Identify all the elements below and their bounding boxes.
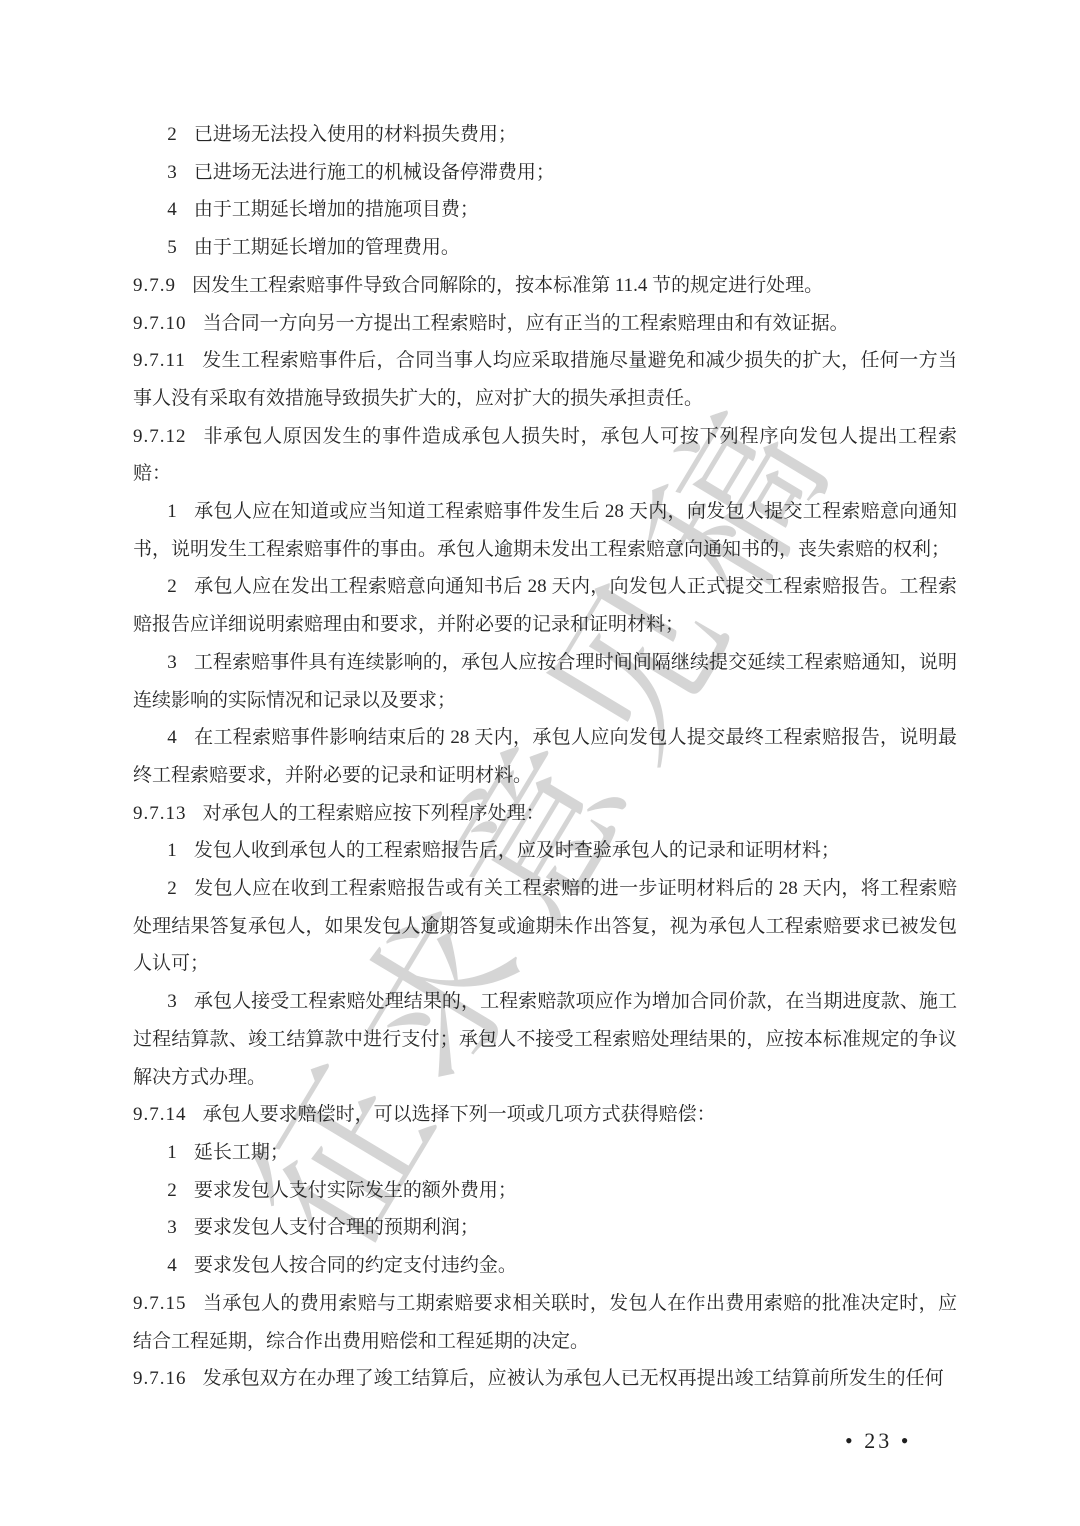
clause-9.7.14: 9.7.14承包人要求赔偿时，可以选择下列一项或几项方式获得赔偿： [133,1096,957,1134]
clause-number: 9.7.9 [133,275,176,296]
item-text: 已进场无法进行施工的机械设备停滞费用； [194,162,555,183]
item-number: 4 [167,199,178,220]
item-text: 承包人接受工程索赔处理结果的，工程索赔款项应作为增加合同价款，在当期进度款、施工… [133,991,957,1087]
item-text: 要求发包人支付实际发生的额外费用； [194,1180,517,1201]
list-item-2: 2已进场无法投入使用的材料损失费用； [133,116,957,154]
clause-9.7.15: 9.7.15当承包人的费用索赔与工期索赔要求相关联时，发包人在作出费用索赔的批准… [133,1285,957,1360]
list-item-1: 1承包人应在知道或应当知道工程索赔事件发生后 28 天内，向发包人提交工程索赔意… [133,493,957,568]
item-number: 3 [167,652,178,673]
item-text: 在工程索赔事件影响结束后的 28 天内，承包人应向发包人提交最终工程索赔报告，说… [133,727,957,786]
list-item-1: 1延长工期； [133,1134,957,1172]
clause-9.7.9: 9.7.9因发生工程索赔事件导致合同解除的，按本标准第 11.4 节的规定进行处… [133,267,957,305]
item-text: 由于工期延长增加的管理费用。 [194,237,460,258]
item-number: 4 [167,1255,178,1276]
clause-number: 9.7.14 [133,1104,187,1125]
document-body: 2已进场无法投入使用的材料损失费用；3已进场无法进行施工的机械设备停滞费用；4由… [133,116,957,1398]
clause-9.7.12: 9.7.12非承包人原因发生的事件造成承包人损失时，承包人可按下列程序向发包人提… [133,418,957,493]
clause-9.7.16: 9.7.16发承包双方在办理了竣工结算后，应被认为承包人已无权再提出竣工结算前所… [133,1360,957,1398]
item-text: 已进场无法投入使用的材料损失费用； [194,124,517,145]
list-item-4: 4要求发包人按合同的约定支付违约金。 [133,1247,957,1285]
list-item-2: 2发包人应在收到工程索赔报告或有关工程索赔的进一步证明材料后的 28 天内，将工… [133,870,957,983]
list-item-4: 4由于工期延长增加的措施项目费； [133,191,957,229]
item-text: 延长工期； [194,1142,289,1163]
item-number: 1 [167,840,178,861]
item-text: 工程索赔事件具有连续影响的，承包人应按合理时间间隔继续提交延续工程索赔通知，说明… [133,652,957,711]
clause-text: 承包人要求赔偿时，可以选择下列一项或几项方式获得赔偿： [203,1104,716,1125]
item-number: 2 [167,878,178,899]
clause-text: 发承包双方在办理了竣工结算后，应被认为承包人已无权再提出竣工结算前所发生的任何 [203,1368,944,1389]
item-text: 承包人应在发出工程索赔意向通知书后 28 天内，向发包人正式提交工程索赔报告。工… [133,576,957,635]
item-text: 发包人应在收到工程索赔报告或有关工程索赔的进一步证明材料后的 28 天内，将工程… [133,878,957,974]
item-number: 1 [167,1142,178,1163]
item-number: 2 [167,576,178,597]
list-item-2: 2承包人应在发出工程索赔意向通知书后 28 天内，向发包人正式提交工程索赔报告。… [133,568,957,643]
list-item-3: 3已进场无法进行施工的机械设备停滞费用； [133,154,957,192]
list-item-3: 3工程索赔事件具有连续影响的，承包人应按合理时间间隔继续提交延续工程索赔通知，说… [133,644,957,719]
item-text: 发包人收到承包人的工程索赔报告后，应及时查验承包人的记录和证明材料； [194,840,840,861]
clause-text: 发生工程索赔事件后，合同当事人均应采取措施尽量避免和减少损失的扩大，任何一方当事… [133,350,957,409]
item-number: 3 [167,991,178,1012]
page-number: • 23 • [845,1428,911,1454]
clause-number: 9.7.11 [133,350,186,371]
item-number: 2 [167,124,178,145]
clause-9.7.11: 9.7.11发生工程索赔事件后，合同当事人均应采取措施尽量避免和减少损失的扩大，… [133,342,957,417]
clause-number: 9.7.10 [133,313,187,334]
item-number: 3 [167,1217,178,1238]
clause-9.7.10: 9.7.10当合同一方向另一方提出工程索赔时，应有正当的工程索赔理由和有效证据。 [133,305,957,343]
list-item-1: 1发包人收到承包人的工程索赔报告后，应及时查验承包人的记录和证明材料； [133,832,957,870]
list-item-3: 3承包人接受工程索赔处理结果的，工程索赔款项应作为增加合同价款，在当期进度款、施… [133,983,957,1096]
list-item-5: 5由于工期延长增加的管理费用。 [133,229,957,267]
clause-text: 非承包人原因发生的事件造成承包人损失时，承包人可按下列程序向发包人提出工程索赔： [133,426,957,485]
clause-text: 当承包人的费用索赔与工期索赔要求相关联时，发包人在作出费用索赔的批准决定时，应结… [133,1293,957,1352]
list-item-4: 4在工程索赔事件影响结束后的 28 天内，承包人应向发包人提交最终工程索赔报告，… [133,719,957,794]
clause-text: 当合同一方向另一方提出工程索赔时，应有正当的工程索赔理由和有效证据。 [203,313,849,334]
list-item-3: 3要求发包人支付合理的预期利润； [133,1209,957,1247]
clause-number: 9.7.15 [133,1293,187,1314]
item-number: 3 [167,162,178,183]
item-text: 由于工期延长增加的措施项目费； [194,199,479,220]
item-text: 要求发包人支付合理的预期利润； [194,1217,479,1238]
item-text: 要求发包人按合同的约定支付违约金。 [194,1255,517,1276]
clause-9.7.13: 9.7.13对承包人的工程索赔应按下列程序处理： [133,795,957,833]
item-number: 2 [167,1180,178,1201]
list-item-2: 2要求发包人支付实际发生的额外费用； [133,1172,957,1210]
clause-number: 9.7.13 [133,803,187,824]
item-number: 5 [167,237,178,258]
item-number: 1 [167,501,178,522]
clause-text: 因发生工程索赔事件导致合同解除的，按本标准第 11.4 节的规定进行处理。 [192,275,823,296]
clause-number: 9.7.16 [133,1368,187,1389]
clause-number: 9.7.12 [133,426,187,447]
item-number: 4 [167,727,178,748]
document-page: 征求意见稿 2已进场无法投入使用的材料损失费用；3已进场无法进行施工的机械设备停… [0,0,1080,1526]
clause-text: 对承包人的工程索赔应按下列程序处理： [203,803,545,824]
item-text: 承包人应在知道或应当知道工程索赔事件发生后 28 天内，向发包人提交工程索赔意向… [133,501,957,560]
